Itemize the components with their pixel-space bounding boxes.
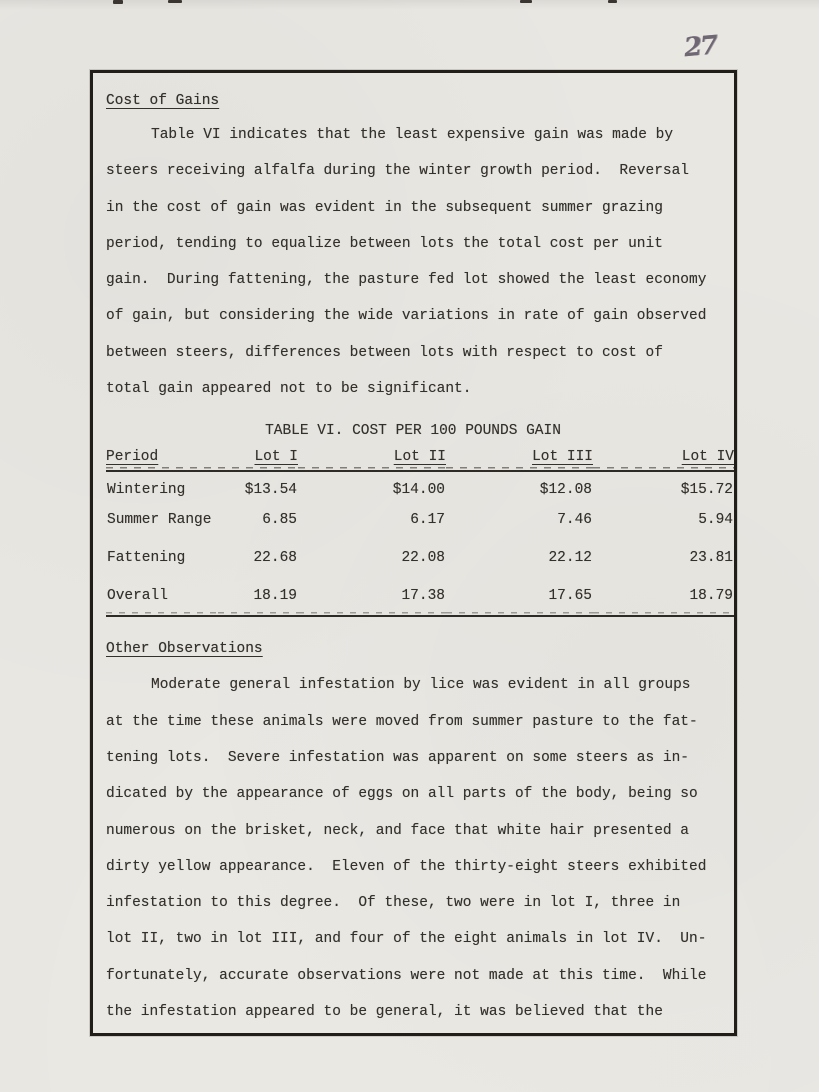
paragraph-other-observations: Moderate general infestation by lice was… xyxy=(106,667,734,1030)
text-line: dirty yellow appearance. Eleven of the t… xyxy=(106,849,734,885)
text-line: of gain, but considering the wide variat… xyxy=(106,298,734,334)
table-row: Fattening22.6822.0822.1223.81 xyxy=(106,539,734,577)
paragraph-cost-of-gains: Table VI indicates that the least expens… xyxy=(106,117,734,407)
text-line: tening lots. Severe infestation was appa… xyxy=(106,740,734,776)
row-value-cell: 23.81 xyxy=(593,539,734,577)
row-value-cell: $15.72 xyxy=(593,471,734,501)
row-value-cell: 22.08 xyxy=(298,539,446,577)
table-header: PeriodLot ILot IILot IIILot IV xyxy=(106,449,734,471)
row-value-cell: $12.08 xyxy=(446,471,593,501)
scan-artifact xyxy=(113,0,123,4)
text-line: dicated by the appearance of eggs on all… xyxy=(106,776,734,812)
column-header: Period xyxy=(106,449,218,471)
row-value-cell: 18.79 xyxy=(593,577,734,616)
scan-artifact xyxy=(608,0,617,3)
row-value-cell: 5.94 xyxy=(593,501,734,539)
table-row: Summer Range6.856.177.465.94 xyxy=(106,501,734,539)
row-value-cell: $14.00 xyxy=(298,471,446,501)
column-header: Lot I xyxy=(218,449,298,471)
row-value-cell: 6.17 xyxy=(298,501,446,539)
row-value-cell: 18.19 xyxy=(218,577,298,616)
row-value-cell: $13.54 xyxy=(218,471,298,501)
scan-artifact xyxy=(168,0,182,3)
row-value-cell: 22.68 xyxy=(218,539,298,577)
column-header: Lot IV xyxy=(593,449,734,471)
column-header: Lot III xyxy=(446,449,593,471)
text-line: the infestation appeared to be general, … xyxy=(106,994,734,1030)
text-line: numerous on the brisket, neck, and face … xyxy=(106,813,734,849)
table-header-row: PeriodLot ILot IILot IIILot IV xyxy=(106,449,734,471)
text-line: at the time these animals were moved fro… xyxy=(106,704,734,740)
page-number: 27 xyxy=(683,31,718,64)
row-period-cell: Fattening xyxy=(106,539,218,577)
row-value-cell: 6.85 xyxy=(218,501,298,539)
table-body: Wintering$13.54$14.00$12.08$15.72Summer … xyxy=(106,471,734,616)
row-period-cell: Summer Range xyxy=(106,501,218,539)
scanned-document-page: { "page_number": "27", "colors": { "pape… xyxy=(0,0,819,1092)
row-value-cell: 17.65 xyxy=(446,577,593,616)
text-line: between steers, differences between lots… xyxy=(106,335,734,371)
row-period-cell: Wintering xyxy=(106,471,218,501)
table-title: TABLE VI. COST PER 100 POUNDS GAIN xyxy=(106,421,720,441)
text-line: infestation to this degree. Of these, tw… xyxy=(106,885,734,921)
section-heading-cost-of-gains: Cost of Gains xyxy=(106,93,734,109)
scan-artifact xyxy=(520,0,532,3)
row-value-cell: 7.46 xyxy=(446,501,593,539)
text-line: Table VI indicates that the least expens… xyxy=(106,117,734,153)
row-value-cell: 22.12 xyxy=(446,539,593,577)
text-line: fortunately, accurate observations were … xyxy=(106,958,734,994)
text-line: lot II, two in lot III, and four of the … xyxy=(106,921,734,957)
text-line: gain. During fattening, the pasture fed … xyxy=(106,262,734,298)
table-row: Overall18.1917.3817.6518.79 xyxy=(106,577,734,616)
text-line: period, tending to equalize between lots… xyxy=(106,226,734,262)
text-line: total gain appeared not to be significan… xyxy=(106,371,734,407)
row-period-cell: Overall xyxy=(106,577,218,616)
column-header: Lot II xyxy=(298,449,446,471)
content-frame: Cost of Gains Table VI indicates that th… xyxy=(90,70,737,1036)
table-vi: PeriodLot ILot IILot IIILot IV Wintering… xyxy=(106,449,734,617)
row-value-cell: 17.38 xyxy=(298,577,446,616)
text-line: steers receiving alfalfa during the wint… xyxy=(106,153,734,189)
text-line: in the cost of gain was evident in the s… xyxy=(106,190,734,226)
table-row: Wintering$13.54$14.00$12.08$15.72 xyxy=(106,471,734,501)
text-line: Moderate general infestation by lice was… xyxy=(106,667,734,703)
section-heading-other-observations: Other Observations xyxy=(106,641,734,657)
